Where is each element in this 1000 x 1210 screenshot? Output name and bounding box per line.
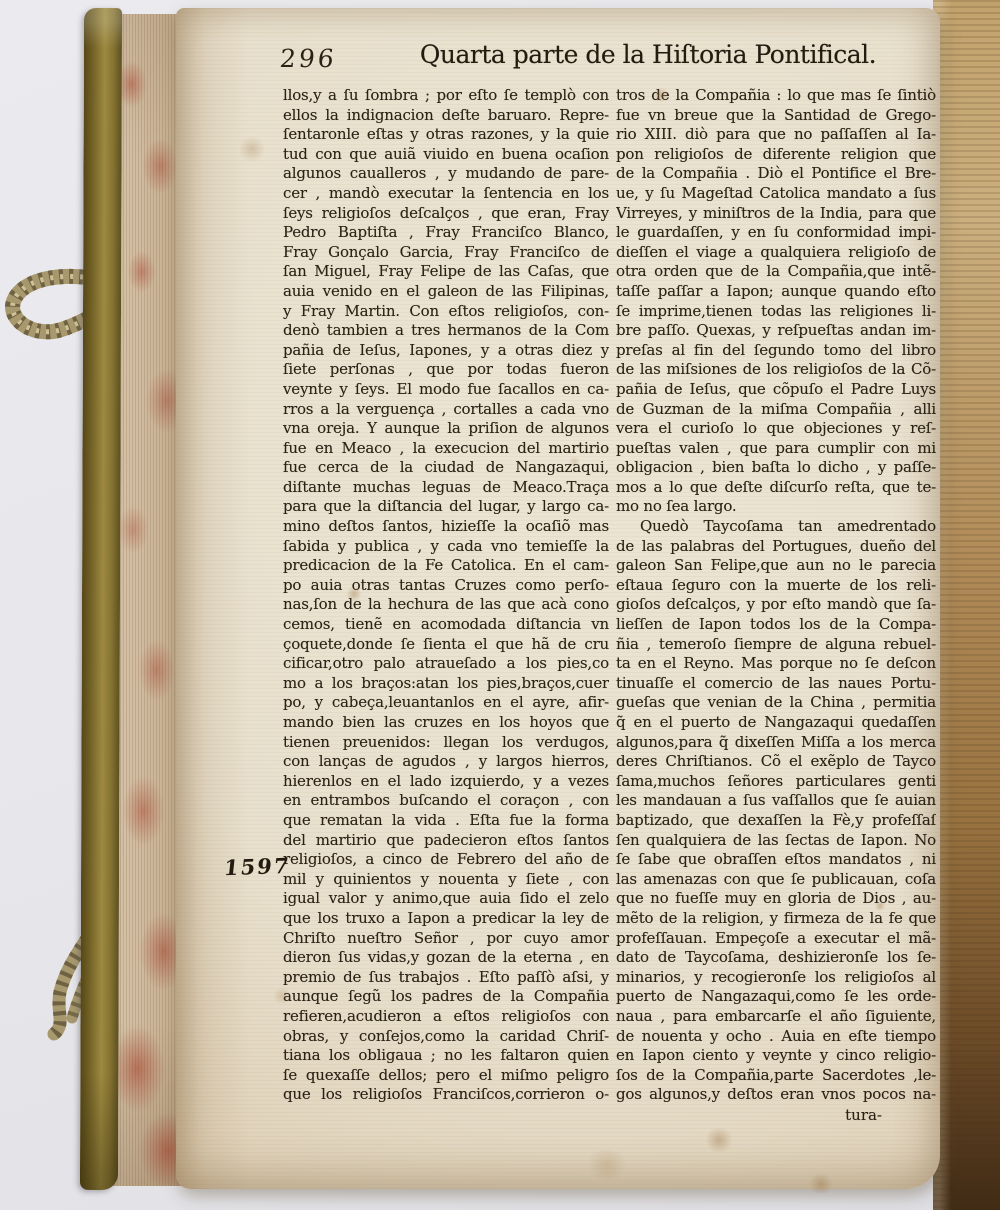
text-line: tud con que auiã viuido en buena ocaſion	[283, 145, 609, 165]
text-line: puerto de Nangazaqui,como ſe les orde-	[616, 987, 936, 1007]
text-line: ſabida y publica , y cada vno temieſſe l…	[283, 537, 609, 557]
text-line: para que la diſtancia del lugar, y largo…	[283, 497, 609, 517]
text-line: ſos de la Compañia,parte Sacerdotes ,le-	[616, 1066, 936, 1086]
text-line: Virreyes, y miniſtros de la India, para …	[616, 204, 936, 224]
text-line: ſe ſabe que obraſſen eſtos mandatos , ni	[616, 850, 936, 870]
text-line: deres Chriſtianos. Cõ el exẽplo de Tayco	[616, 752, 936, 772]
text-line: ellos la indignacion deſte baruaro. Repr…	[283, 106, 609, 126]
margin-note-year: 1597	[223, 853, 292, 880]
text-line: q̃ en el puerto de Nangazaqui quedaſſen	[616, 713, 936, 733]
text-line: de la Compañia . Diò el Pontifice el Bre…	[616, 164, 936, 184]
text-line: denò tambien a tres hermanos de la Com	[283, 321, 609, 341]
book-right-edge	[933, 0, 1000, 1210]
text-line: le guardaſſen, y en ſu conformidad impi-	[616, 223, 936, 243]
stain	[808, 1174, 834, 1194]
text-line: obligacion , bien baſta lo dicho , y paſ…	[616, 458, 936, 478]
text-line: tinuaſſe el comercio de las naues Portu-	[616, 674, 936, 694]
text-line: las amenazas con que ſe publicauan, coſa	[616, 870, 936, 890]
text-line: mil y quinientos y nouenta y ſiete , con	[283, 870, 609, 890]
stain	[272, 988, 292, 1004]
text-line: Quedò Taycoſama tan amedrentado	[616, 517, 936, 537]
text-line: gos algunos,y deſtos eran vnos pocos na-	[616, 1085, 936, 1105]
text-line: dato de Taycoſama, deshizieronſe los ſe-	[616, 948, 936, 968]
text-line: de las miſsiones de los religioſos de la…	[616, 360, 936, 380]
text-line: mo no ſea largo.	[616, 497, 936, 517]
text-line: mo a los braços:atan los pies,braços,cue…	[283, 674, 609, 694]
text-line: de las palabras del Portugues, dueño del	[616, 537, 936, 557]
text-line: preſas al fin del ſegundo tomo del libro	[616, 341, 936, 361]
text-line: dieſſen el viage a qualquiera religioſo …	[616, 243, 936, 263]
text-line: Pedro Baptiſta , Fray Franciſco Blanco,	[283, 223, 609, 243]
text-line: mẽto de la religion, y firmeza de la fe …	[616, 909, 936, 929]
text-line: pañia de Ieſus, Iapones, y a otras diez …	[283, 341, 609, 361]
stain	[704, 1128, 734, 1152]
text-line: profeſſauan. Empeçoſe a executar el mã-	[616, 929, 936, 949]
text-line: algunos,para q̃ dixeſſen Miſſa a los mer…	[616, 733, 936, 753]
text-line: premio de ſus trabajos . Eſto paſſò aſsi…	[283, 968, 609, 988]
text-line: baptizado, que dexaſſen la Fè,y profeſſa…	[616, 811, 936, 831]
text-line: que los truxo a Iapon a predicar la ley …	[283, 909, 609, 929]
text-line: auia venido en el galeon de las Filipina…	[283, 282, 609, 302]
text-line: çoquete,donde ſe ſienta el que hã de cru	[283, 635, 609, 655]
text-line: ſe quexaſſe dellos; pero el miſmo peligr…	[283, 1066, 609, 1086]
text-line: ſama,muchos ſeñores particulares genti	[616, 772, 936, 792]
text-line: de nouenta y ocho . Auia en eſte tiempo	[616, 1027, 936, 1047]
text-line: con lanças de agudos , y largos hierros,	[283, 752, 609, 772]
stain	[568, 456, 581, 467]
text-line: algunos caualleros , y mudando de pare-	[283, 164, 609, 184]
text-line: llos,y a ſu ſombra ; por eſto ſe templò …	[283, 86, 609, 106]
text-line: rio XIII. diò para que no paſſaſſen al I…	[616, 125, 936, 145]
page-number: 296	[278, 44, 338, 73]
text-line: religioſos, a cinco de Febrero del año d…	[283, 850, 609, 870]
vellum-spine	[80, 8, 122, 1190]
text-line: que rematan la vida . Eſta fue la forma	[283, 811, 609, 831]
text-line: cificar,otro palo atraueſado a los pies,…	[283, 654, 609, 674]
text-line: fue cerca de la ciudad de Nangazaqui,	[283, 458, 609, 478]
text-line: Chriſto nueſtro Señor , por cuyo amor	[283, 929, 609, 949]
text-line: pañia de Ieſus, que cõpuſo el Padre Luys	[616, 380, 936, 400]
text-line: bre paſſo. Quexas, y reſpueſtas andan im…	[616, 321, 936, 341]
text-line: po, y cabeça,leuantanlos en el ayre, afi…	[283, 693, 609, 713]
stain	[240, 134, 264, 164]
text-line: ſiete perſonas , que por todas fueron	[283, 360, 609, 380]
text-line: tienen preuenidos: llegan los verdugos,	[283, 733, 609, 753]
text-line: predicacion de la Fe Catolica. En el cam…	[283, 556, 609, 576]
text-line: galeon San Felipe,que aun no le parecia	[616, 556, 936, 576]
text-line: hierenlos en el lado izquierdo, y a veze…	[283, 772, 609, 792]
text-line: diſtante muchas leguas de Meaco.Traça	[283, 478, 609, 498]
text-line: minarios, y recogieronſe los religioſos …	[616, 968, 936, 988]
text-line: en Iapon ciento y veynte y cinco religio…	[616, 1046, 936, 1066]
text-line: cer , mandò executar la ſentencia en los	[283, 184, 609, 204]
text-line: igual valor y animo,que auia ſido el zel…	[283, 889, 609, 909]
text-line: mino deſtos ſantos, hizieſſe la ocaſiõ m…	[283, 517, 609, 537]
text-line: cemos, tienẽ en acomodada diſtancia vn	[283, 615, 609, 635]
text-line: ñia , temeroſo ſiempre de alguna rebuel-	[616, 635, 936, 655]
text-line: y Fray Martin. Con eſtos religioſos, con…	[283, 302, 609, 322]
text-column-right: tros de la Compañia : lo que mas ſe ſint…	[616, 86, 936, 1105]
stain	[346, 586, 362, 602]
text-column-left: llos,y a ſu ſombra ; por eſto ſe templò …	[283, 86, 609, 1105]
text-line: ue, y ſu Mageſtad Catolica mandato a ſus	[616, 184, 936, 204]
text-line: fue vn breue que la Santidad de Grego-	[616, 106, 936, 126]
text-line: fue en Meaco , la execucion del martirio	[283, 439, 609, 459]
text-line: que no fueſſe muy en gloria de Dios , au…	[616, 889, 936, 909]
text-line: vera el curioſo lo que objeciones y reſ-	[616, 419, 936, 439]
text-line: que los religioſos Franciſcos,corrieron …	[283, 1085, 609, 1105]
text-line: gueſas que venian de la China , permitia	[616, 693, 936, 713]
text-line: pon religioſos de diferente religion que	[616, 145, 936, 165]
stain	[874, 901, 886, 911]
text-line: aunque ſegũ los padres de la Compañia	[283, 987, 609, 1007]
stain	[584, 1150, 630, 1180]
text-line: ſentaronle eſtas y otras razones, y la q…	[283, 125, 609, 145]
text-line: les mandauan a ſus vaſſallos que ſe auia…	[616, 791, 936, 811]
text-line: otra orden que de la Compañia,que intẽ-	[616, 262, 936, 282]
text-line: taſſe paſſar a Iapon; aunque quando eſto	[616, 282, 936, 302]
text-line: refieren,acudieron a eſtos religioſos co…	[283, 1007, 609, 1027]
stain	[652, 88, 670, 102]
text-line: mando bien las cruzes en los hoyos que	[283, 713, 609, 733]
text-line: ſeys religioſos deſcalços , que eran, Fr…	[283, 204, 609, 224]
text-line: rros a la verguença , cortalles a cada v…	[283, 400, 609, 420]
text-line: po auia otras tantas Cruzes como perſo-	[283, 576, 609, 596]
book-page: 296 Quarta parte de la Hiſtoria Pontific…	[176, 8, 940, 1189]
text-line: dieron ſus vidas,y gozan de la eterna , …	[283, 948, 609, 968]
running-title: Quarta parte de la Hiſtoria Pontifical.	[406, 40, 890, 69]
text-line: tiana los obligaua ; no les faltaron qui…	[283, 1046, 609, 1066]
text-line: del martirio que padecieron eſtos ſantos	[283, 831, 609, 851]
text-line: obras, y conſejos,como la caridad Chriſ-	[283, 1027, 609, 1047]
text-line: lieſſen de Iapon todos los de la Compa-	[616, 615, 936, 635]
text-line: pueſtas valen , que para cumplir con mi	[616, 439, 936, 459]
catchword: tura-	[616, 1106, 936, 1124]
text-line: ſe imprime,tienen todas las religiones l…	[616, 302, 936, 322]
text-line: nas,ſon de la hechura de las que acà con…	[283, 595, 609, 615]
text-line: en entrambos buſcando el coraçon , con	[283, 791, 609, 811]
text-line: Fray Gonçalo Garcia, Fray Franciſco de	[283, 243, 609, 263]
text-line: eſtaua ſeguro con la muerte de los reli-	[616, 576, 936, 596]
text-line: mos a lo que deſte diſcurſo reſta, que t…	[616, 478, 936, 498]
text-line: vna oreja. Y aunque la priſion de alguno…	[283, 419, 609, 439]
text-line: de Guzman de la miſma Compañia , alli	[616, 400, 936, 420]
book-photo: 296 Quarta parte de la Hiſtoria Pontific…	[0, 0, 1000, 1210]
text-line: ſen qualquiera de las ſectas de Iapon. N…	[616, 831, 936, 851]
text-line: naua , para embarcarſe el año ſiguiente,	[616, 1007, 936, 1027]
text-line: ſan Miguel, Fray Felipe de las Caſas, qu…	[283, 262, 609, 282]
text-line: ta en el Reyno. Mas porque no ſe deſcon	[616, 654, 936, 674]
text-line: gioſos deſcalços, y por eſto mandò que ſ…	[616, 595, 936, 615]
text-line: veynte y ſeys. El modo fue ſacallos en c…	[283, 380, 609, 400]
